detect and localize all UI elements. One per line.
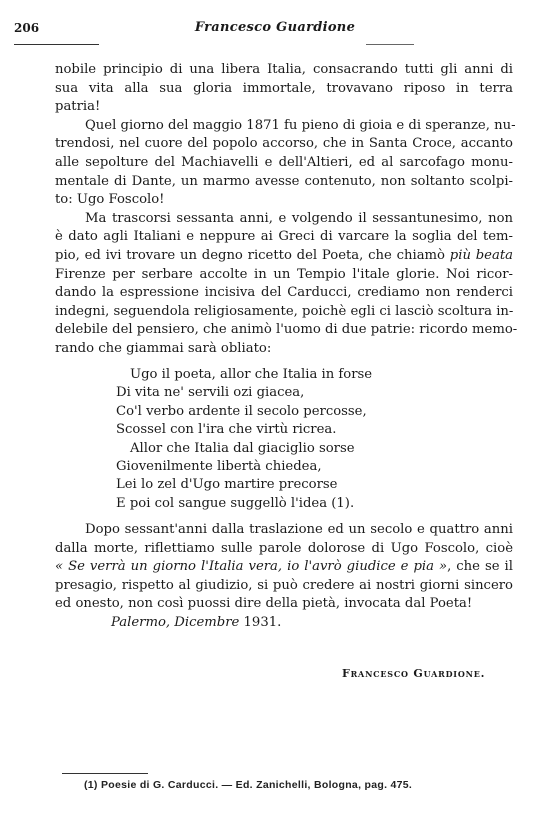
header-rule-left [14,44,99,45]
closing-paragraph: Dopo sessant'anni dalla traslazione ed u… [55,521,513,633]
verse-line: Lei lo zel d'Ugo martire precorse [116,476,372,494]
dateline: Palermo, Dicembre 1931. [55,614,513,633]
text-line: indegni, seguendola religiosamente, poic… [55,303,513,322]
verse-line: Giovenilmente libertà chiedea, [116,458,372,476]
text-span: , che se il [447,559,513,574]
verse-line: Ugo il poeta, allor che Italia in forse [116,366,372,384]
verse-line: E poi col sangue suggellò l'idea (1). [116,495,372,513]
text-line: è dato agli Italiani e neppure ai Greci … [55,228,513,247]
italic-phrase: più beata [450,248,513,263]
text-line: presagio, rispetto al giudizio, si può c… [55,577,513,596]
paragraph-1: nobile principio di una libera Italia, c… [55,61,513,117]
text-line: Dopo sessant'anni dalla traslazione ed u… [55,521,513,540]
text-line: sua vita alla sua gloria immortale, trov… [55,80,513,99]
text-line: dando la espressione incisiva del Carduc… [55,284,513,303]
dateline-place: Palermo, Dicembre [111,615,239,630]
text-line: rando che giammai sarà obliato: [55,340,513,359]
text-line: Firenze per serbare accolte in un Tempio… [55,266,513,285]
poem-quotation: Ugo il poeta, allor che Italia in forse … [116,366,372,513]
footnote-rule [62,773,148,774]
text-line: Quel giorno del maggio 1871 fu pieno di … [55,117,513,136]
main-text: nobile principio di una libera Italia, c… [55,61,513,359]
text-line: nobile principio di una libera Italia, c… [55,61,513,80]
running-title: Francesco Guardione [0,20,550,35]
text-span: pio, ed ivi trovare un degno ricetto del… [55,248,445,263]
footnote: (1) Poesie di G. Carducci. — Ed. Zaniche… [84,779,412,791]
dateline-year: 1931. [244,615,282,630]
text-line: ed onesto, non così puossi dire della pi… [55,595,513,614]
text-line: patria! [55,98,513,117]
verse-line: Scossel con l'ira che virtù ricrea. [116,421,372,439]
paragraph-3: Ma trascorsi sessanta anni, e volgendo i… [55,210,513,359]
verse-line: Di vita ne' servili ozi giacea, [116,384,372,402]
text-line: pio, ed ivi trovare un degno ricetto del… [55,247,513,266]
text-line: mentale di Dante, un marmo avesse conten… [55,173,513,192]
text-line: alle sepolture del Machiavelli e dell'Al… [55,154,513,173]
foscolo-quote: « Se verrà un giorno l'Italia vera, io l… [55,559,447,574]
text-line: delebile del pensiero, che animò l'uomo … [55,321,513,340]
author-signature: Francesco Guardione. [342,667,485,680]
text-line: « Se verrà un giorno l'Italia vera, io l… [55,558,513,577]
header-rule-right [366,44,414,45]
paragraph-2: Quel giorno del maggio 1871 fu pieno di … [55,117,513,210]
text-line: trendosi, nel cuore del popolo accorso, … [55,135,513,154]
text-line: to: Ugo Foscolo! [55,191,513,210]
text-line: Ma trascorsi sessanta anni, e volgendo i… [55,210,513,229]
verse-line: Allor che Italia dal giaciglio sorse [116,440,372,458]
text-line: dalla morte, riflettiamo sulle parole do… [55,540,513,559]
verse-line: Co'l verbo ardente il secolo percosse, [116,403,372,421]
